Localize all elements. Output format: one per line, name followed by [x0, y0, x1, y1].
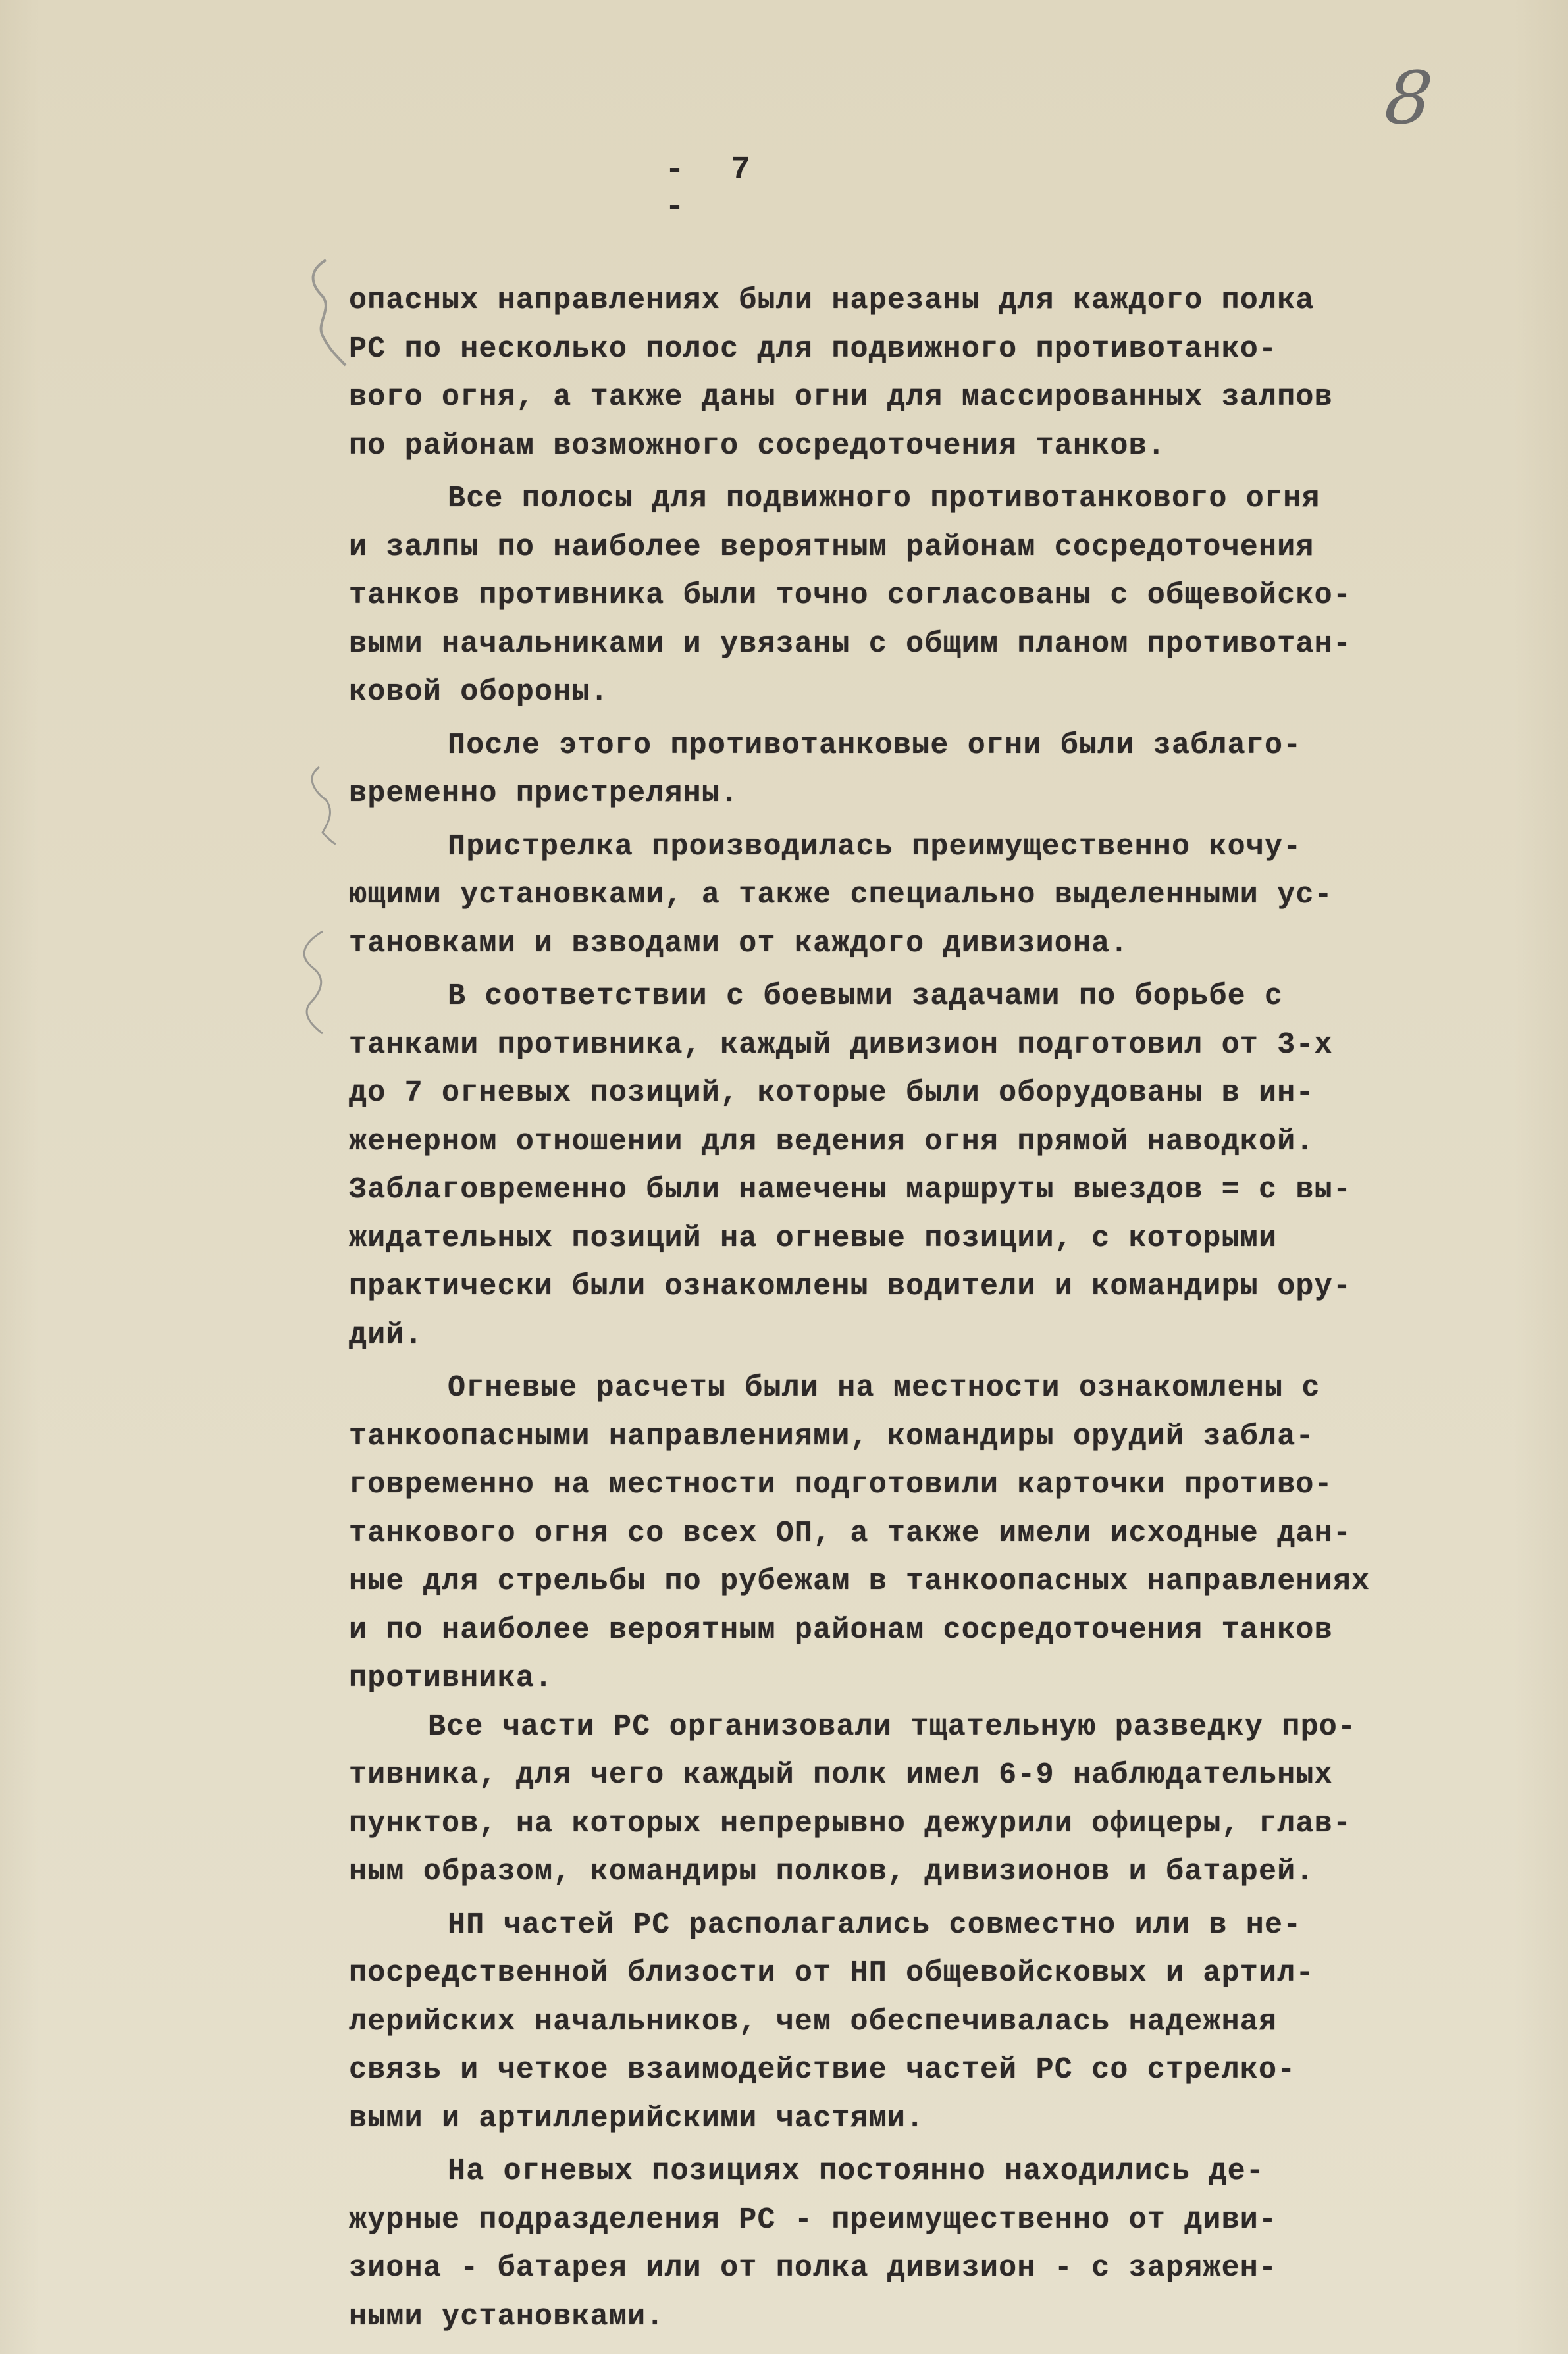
- text-line: практически были ознакомлены водители и …: [349, 1263, 1507, 1311]
- text-line: Все части РС организовали тщательную раз…: [349, 1703, 1507, 1752]
- text-line: зиона - батарея или от полка дивизион - …: [349, 2244, 1507, 2293]
- text-line: связь и четкое взаимодействие частей РС …: [349, 2046, 1507, 2095]
- text-line: временно пристреляны.: [349, 770, 1507, 818]
- text-line: лерийских начальников, чем обеспечивалас…: [349, 1998, 1507, 2047]
- text-line: журные подразделения РС - преимущественн…: [349, 2196, 1507, 2245]
- paragraph-3: После этого противотанковые огни были за…: [349, 721, 1507, 818]
- text-line: НП частей РС располагались совместно или…: [349, 1901, 1507, 1950]
- text-line: тановками и взводами от каждого дивизион…: [349, 920, 1507, 968]
- text-line: ющими установками, а также специально вы…: [349, 871, 1507, 920]
- paragraph-6: Огневые расчеты были на местности ознако…: [349, 1364, 1507, 1703]
- paragraph-5: В соответствии с боевыми задачами по бор…: [349, 972, 1507, 1359]
- typewritten-body: опасных направлениях были нарезаны для к…: [349, 276, 1507, 2341]
- text-line: ные для стрельбы по рубежам в танкоопасн…: [349, 1557, 1507, 1606]
- text-line: посредственной близости от НП общевойско…: [349, 1949, 1507, 1998]
- paragraph-7: Все части РС организовали тщательную раз…: [349, 1703, 1507, 1896]
- text-line: тивника, для чего каждый полк имел 6-9 н…: [349, 1751, 1507, 1800]
- text-line: по районам возможного сосредоточения тан…: [349, 422, 1507, 471]
- text-line: женерном отношении для ведения огня прям…: [349, 1118, 1507, 1166]
- text-line: Огневые расчеты были на местности ознако…: [349, 1364, 1507, 1413]
- document-page: 8 - 7 - опасных направлениях были нареза…: [0, 0, 1568, 2354]
- text-line: дий.: [349, 1311, 1507, 1360]
- paragraph-2: Все полосы для подвижного противотанково…: [349, 475, 1507, 717]
- text-line: Пристрелка производилась преимущественно…: [349, 823, 1507, 872]
- text-line: до 7 огневых позиций, которые были обору…: [349, 1069, 1507, 1118]
- text-line: и залпы по наиболее вероятным районам со…: [349, 523, 1507, 572]
- text-line: ковой обороны.: [349, 668, 1507, 717]
- text-line: пунктов, на которых непрерывно дежурили …: [349, 1800, 1507, 1848]
- text-line: выми и артиллерийскими частями.: [349, 2095, 1507, 2143]
- text-line: вого огня, а также даны огни для массиро…: [349, 373, 1507, 422]
- text-line: После этого противотанковые огни были за…: [349, 721, 1507, 770]
- text-line: ным образом, командиры полков, дивизионо…: [349, 1848, 1507, 1896]
- text-line: РС по несколько полос для подвижного про…: [349, 325, 1507, 374]
- paragraph-9: На огневых позициях постоянно находились…: [349, 2147, 1507, 2341]
- text-line: Заблаговременно были намечены маршруты в…: [349, 1166, 1507, 1215]
- text-line: На огневых позициях постоянно находились…: [349, 2147, 1507, 2196]
- paragraph-4: Пристрелка производилась преимущественно…: [349, 823, 1507, 968]
- text-line: говременно на местности подготовили карт…: [349, 1461, 1507, 1509]
- text-line: противника.: [349, 1654, 1507, 1703]
- text-line: опасных направлениях были нарезаны для к…: [349, 276, 1507, 325]
- text-line: В соответствии с боевыми задачами по бор…: [349, 972, 1507, 1021]
- text-line: танками противника, каждый дивизион подг…: [349, 1021, 1507, 1070]
- text-line: выми начальниками и увязаны с общим план…: [349, 620, 1507, 669]
- paragraph-1: опасных направлениях были нарезаны для к…: [349, 276, 1507, 470]
- text-line: ными установками.: [349, 2293, 1507, 2341]
- text-line: жидательных позиций на огневые позиции, …: [349, 1215, 1507, 1263]
- text-line: и по наиболее вероятным районам сосредот…: [349, 1606, 1507, 1655]
- text-line: танков противника были точно согласованы…: [349, 571, 1507, 620]
- paragraph-8: НП частей РС располагались совместно или…: [349, 1901, 1507, 2143]
- text-line: Все полосы для подвижного противотанково…: [349, 475, 1507, 523]
- text-line: танкоопасными направлениями, командиры о…: [349, 1413, 1507, 1461]
- text-line: танкового огня со всех ОП, а также имели…: [349, 1509, 1507, 1558]
